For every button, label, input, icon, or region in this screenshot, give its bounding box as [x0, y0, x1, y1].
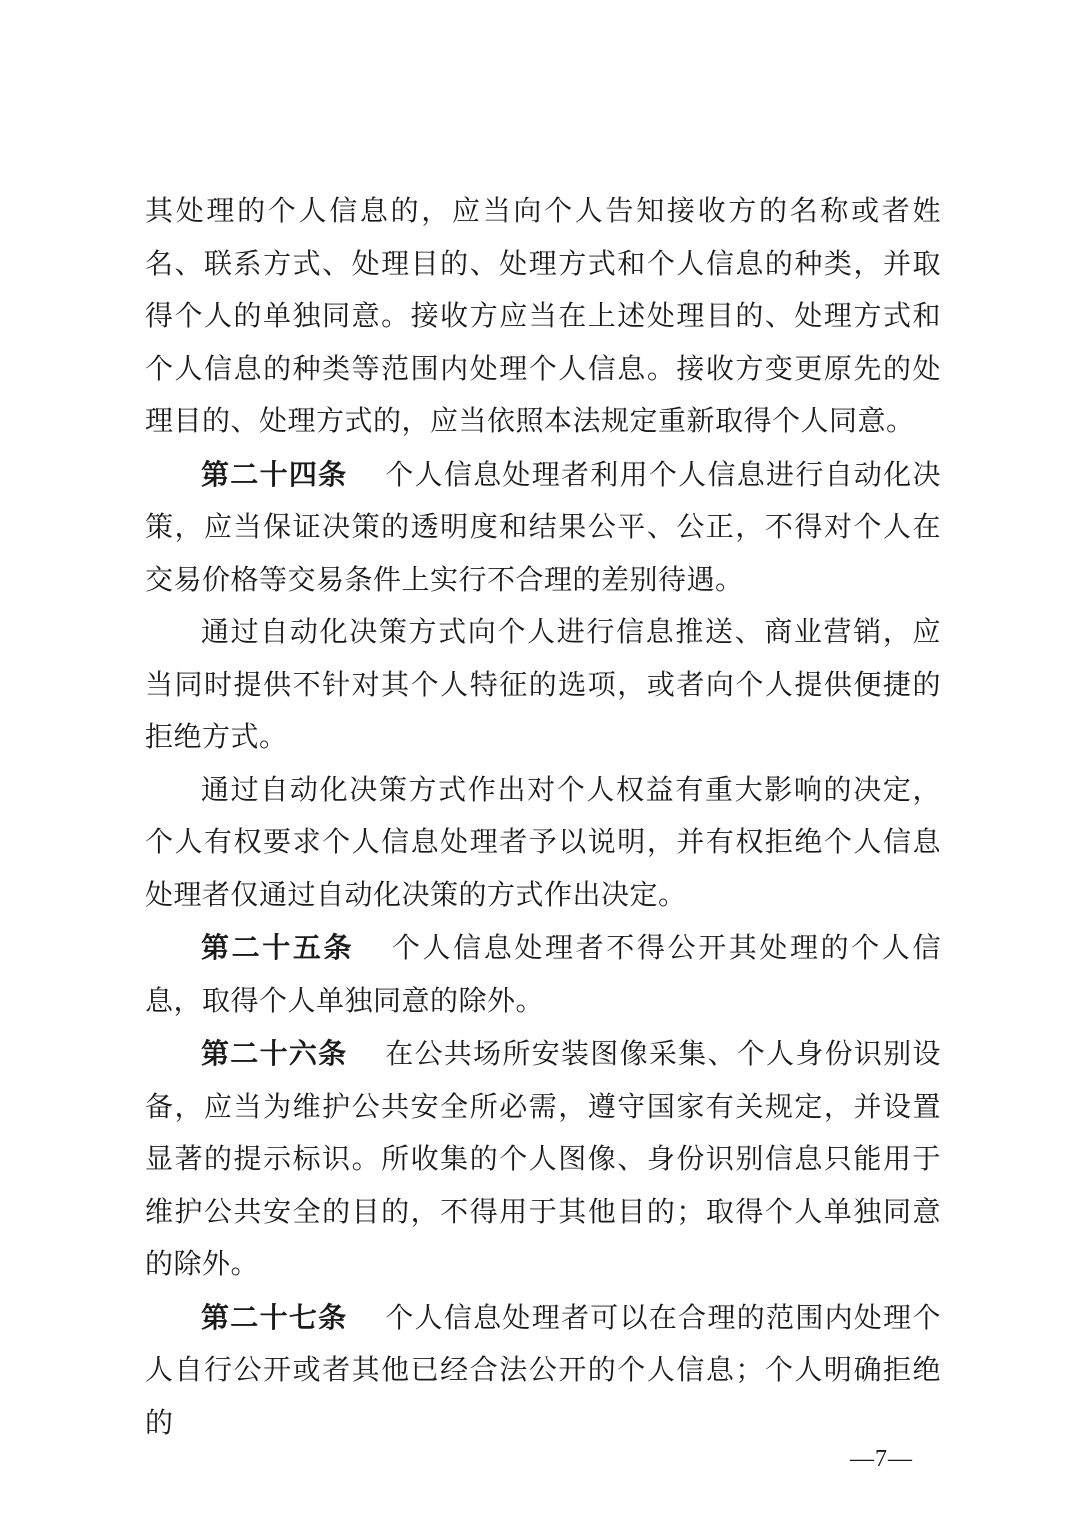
article-number: 第二十六条: [201, 1038, 347, 1069]
paragraph: 通过自动化决策方式向个人进行信息推送、商业营销，应当同时提供不针对其个人特征的选…: [145, 607, 941, 765]
legal-text-block: 其处理的个人信息的，应当向个人告知接收方的名称或者姓名、联系方式、处理目的、处理…: [145, 186, 941, 1450]
paragraph-text: 在公共场所安装图像采集、个人身份识别设备，应当为维护公共安全所必需，遵守国家有关…: [145, 1039, 941, 1280]
page-number: —7—: [850, 1446, 913, 1473]
paragraph: 第二十六条在公共场所安装图像采集、个人身份识别设备，应当为维护公共安全所必需，遵…: [145, 1028, 941, 1292]
document-page: { "page": { "background_color": "#ffffff…: [0, 0, 1074, 1520]
paragraph: 第二十七条个人信息处理者可以在合理的范围内处理个人自行公开或者其他已经合法公开的…: [145, 1292, 941, 1451]
page-background: 其处理的个人信息的，应当向个人告知接收方的名称或者姓名、联系方式、处理目的、处理…: [0, 0, 1074, 1520]
paragraph: 第二十五条个人信息处理者不得公开其处理的个人信息，取得个人单独同意的除外。: [145, 922, 941, 1028]
paragraph: 其处理的个人信息的，应当向个人告知接收方的名称或者姓名、联系方式、处理目的、处理…: [145, 186, 941, 449]
article-number: 第二十四条: [201, 459, 347, 490]
paragraph: 通过自动化决策方式作出对个人权益有重大影响的决定，个人有权要求个人信息处理者予以…: [145, 765, 941, 923]
article-number: 第二十七条: [201, 1302, 347, 1333]
paragraph: 第二十四条个人信息处理者利用个人信息进行自动化决策，应当保证决策的透明度和结果公…: [145, 449, 941, 608]
paragraph-text: 通过自动化决策方式作出对个人权益有重大影响的决定，个人有权要求个人信息处理者予以…: [145, 775, 941, 911]
article-number: 第二十五条: [201, 932, 354, 963]
paragraph-text: 通过自动化决策方式向个人进行信息推送、商业营销，应当同时提供不针对其个人特征的选…: [145, 617, 941, 753]
paragraph-text: 其处理的个人信息的，应当向个人告知接收方的名称或者姓名、联系方式、处理目的、处理…: [145, 196, 941, 437]
